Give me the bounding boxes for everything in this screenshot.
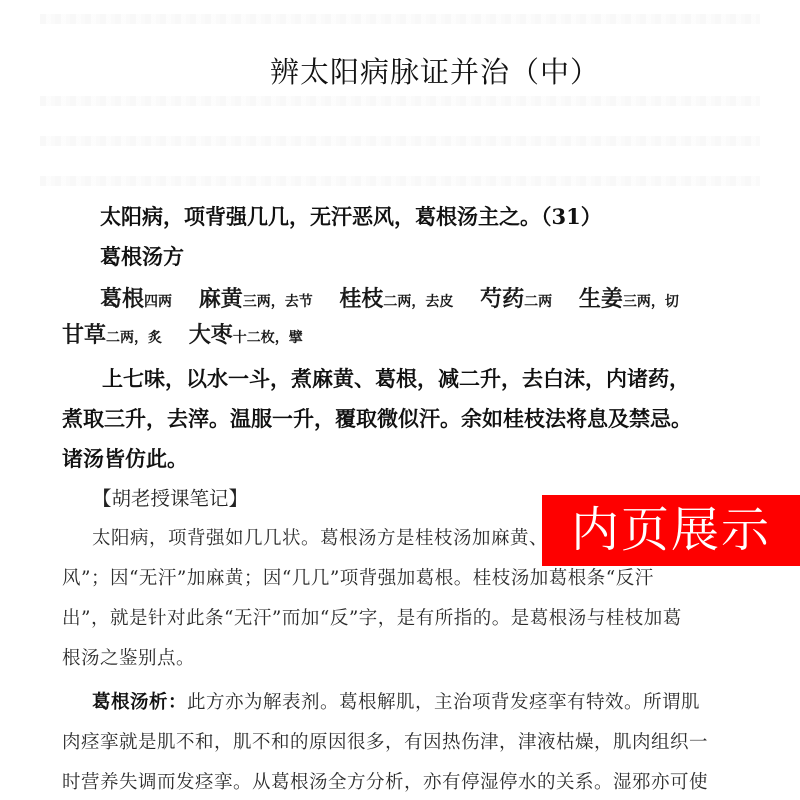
analysis-line: 葛根汤析：此方亦为解表剂。葛根解肌，主治项背发痉挛有特效。所谓肌: [92, 690, 700, 716]
preparation-line: 煮取三升，去滓。温服一升，覆取微似汗。余如桂枝法将息及禁忌。: [62, 406, 692, 432]
analysis-line: 肉痉挛就是肌不和，肌不和的原因很多，有因热伤津，津液枯燥，肌肉组织一: [62, 730, 708, 756]
ingredient: 葛根四两: [100, 287, 172, 311]
analysis-label: 葛根汤析：: [92, 692, 187, 713]
analysis-line: 时营养失调而发痉挛。从葛根汤全方分析，亦有停湿停水的关系。湿邪亦可使: [62, 770, 708, 796]
bleed-through: [40, 96, 760, 106]
bleed-through: [40, 176, 760, 186]
bleed-through: [40, 14, 760, 24]
ingredient: 芍药二两: [480, 287, 552, 311]
notes-line: 风”；因“无汗”加麻黄；因“几几”项背强加葛根。桂枝汤加葛根条“反汗: [62, 566, 654, 592]
ingredients-line-2: 甘草二两，炙 大枣十二枚，擘: [62, 322, 303, 351]
ingredients-line-1: 葛根四两 麻黄三两，去节 桂枝二两，去皮 芍药二两 生姜三两，切: [100, 286, 679, 315]
page-title: 辨太阳病脉证并治（中）: [0, 50, 800, 91]
clause-text: 太阳病，项背强几几，无汗恶风，葛根汤主之。（31）: [100, 204, 602, 230]
preparation-line: 上七味，以水一斗，煮麻黄、葛根，减二升，去白沫，内诸药，: [102, 366, 690, 392]
preview-badge: 内页展示: [542, 495, 800, 566]
formula-name: 葛根汤方: [100, 244, 184, 270]
notes-line: 根汤之鉴别点。: [62, 646, 195, 672]
preparation-line: 诸汤皆仿此。: [62, 446, 188, 472]
ingredient: 生姜三两，切: [579, 287, 679, 311]
ingredient: 甘草二两，炙: [62, 323, 162, 347]
ingredient: 麻黄三两，去节: [199, 287, 313, 311]
ingredient: 大枣十二枚，擘: [189, 323, 303, 347]
notes-line: 出”，就是针对此条“无汗”而加“反”字，是有所指的。是葛根汤与桂枝加葛: [62, 606, 682, 632]
notes-heading: 【胡老授课笔记】: [92, 486, 248, 512]
ingredient: 桂枝二两，去皮: [339, 287, 453, 311]
bleed-through: [40, 136, 760, 146]
